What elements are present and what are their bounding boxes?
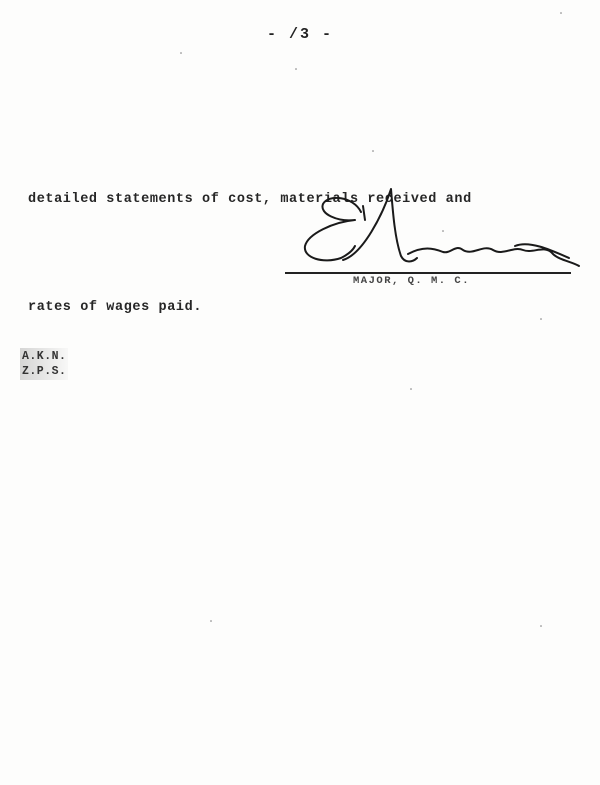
scan-speck — [540, 625, 542, 627]
page-number: - /3 - — [0, 26, 600, 43]
initials-line-1: A.K.N. — [22, 349, 66, 364]
initials-line-2: Z.P.S. — [22, 364, 66, 379]
document-page: - /3 - detailed statements of cost, mate… — [0, 0, 600, 785]
signature-line — [285, 272, 571, 274]
body-line-2: rates of wages paid. — [28, 290, 472, 326]
signature-block: MAJOR, Q. M. C. — [283, 184, 583, 294]
reference-initials: A.K.N. Z.P.S. — [20, 348, 68, 380]
scan-speck — [210, 620, 212, 622]
scan-speck — [540, 318, 542, 320]
signer-title: MAJOR, Q. M. C. — [353, 275, 470, 287]
scan-speck — [180, 52, 182, 54]
scan-speck — [560, 12, 562, 14]
scan-speck — [295, 68, 297, 70]
handwritten-signature-icon — [283, 184, 583, 274]
